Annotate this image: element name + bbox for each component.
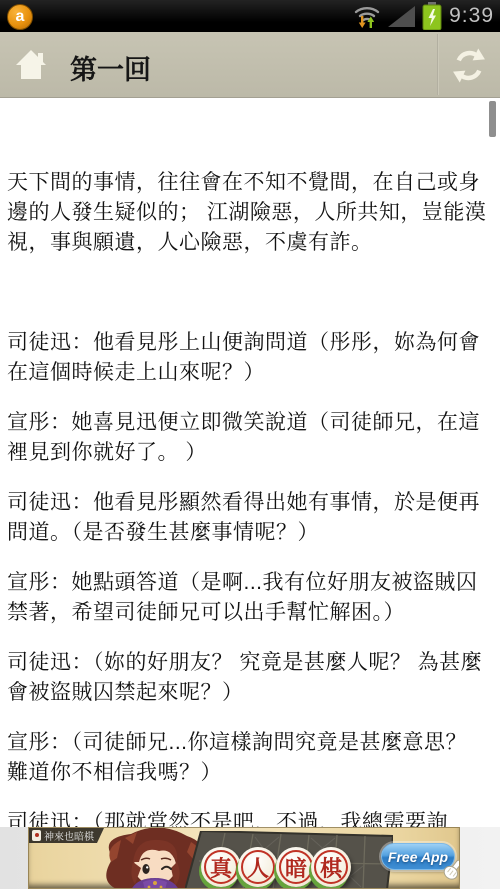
piece-character: 真 xyxy=(210,852,232,883)
scrollbar-thumb[interactable] xyxy=(489,101,496,137)
header-divider xyxy=(437,34,439,95)
ad-container: 神來也暗棋 xyxy=(0,827,500,889)
paragraph: 宣彤：她點頭答道（是啊...我有位好朋友被盜賊囚禁著，希望司徒師兄可以出手幫忙解… xyxy=(7,568,493,628)
chess-piece: 棋 xyxy=(311,847,351,887)
title-bar: 第一回 xyxy=(0,32,500,98)
wifi-traffic-icon xyxy=(353,4,381,28)
signal-strength-icon xyxy=(388,6,415,27)
piece-character: 棋 xyxy=(320,852,342,883)
status-bar: a 9:39 xyxy=(0,0,500,32)
clock-time: 9:39 xyxy=(449,4,494,28)
chess-piece: 暗 xyxy=(276,847,316,887)
chess-piece: 真 xyxy=(201,847,241,887)
refresh-icon xyxy=(450,47,488,84)
hand-cursor-icon xyxy=(441,858,460,882)
home-button[interactable] xyxy=(12,46,50,84)
home-icon xyxy=(14,49,48,81)
paragraph: 天下間的事情，往往會在不知不覺間，在自己或身邊的人發生疑似的； 江湖險惡，人所共… xyxy=(7,168,493,258)
paragraph: 司徒迅：（妳的好朋友？ 究竟是甚麼人呢？ 為甚麼會被盜賊囚禁起來呢？） xyxy=(7,648,493,708)
paragraph: 司徒迅：他看見彤上山便詢問道（彤彤，妳為何會在這個時候走上山來呢？） xyxy=(7,328,493,388)
story-text: 天下間的事情，往往會在不知不覺間，在自己或身邊的人發生疑似的； 江湖險惡，人所共… xyxy=(0,98,500,838)
paragraph: 宣彤：（司徒師兄...你這樣詢問究竟是甚麼意思？ 難道你不相信我嗎？） xyxy=(7,728,493,788)
page-title: 第一回 xyxy=(70,48,151,87)
battery-charging-icon xyxy=(422,2,442,30)
ad-advertiser-label: 神來也暗棋 xyxy=(29,828,104,843)
notification-app-icon: a xyxy=(7,4,33,30)
ad-label-text: 神來也暗棋 xyxy=(44,828,94,843)
refresh-button[interactable] xyxy=(448,45,490,85)
reader-scroll-area[interactable]: 天下間的事情，往往會在不知不覺間，在自己或身邊的人發生疑似的； 江湖險惡，人所共… xyxy=(0,98,500,889)
paragraph: 宣彤：她喜見迅便立即微笑說道（司徒師兄，在這裡見到你就好了。 ） xyxy=(7,408,493,468)
mahjong-tile-icon xyxy=(32,830,41,841)
chess-piece: 人 xyxy=(238,847,278,887)
piece-character: 人 xyxy=(247,852,269,883)
app-screen: a 9:39 xyxy=(0,0,500,889)
paragraph: 司徒迅：他看見彤顯然看得出她有事情，於是便再問道。（是否發生甚麼事情呢？） xyxy=(7,488,493,548)
ad-banner[interactable]: 神來也暗棋 xyxy=(28,827,460,889)
piece-character: 暗 xyxy=(285,852,307,883)
